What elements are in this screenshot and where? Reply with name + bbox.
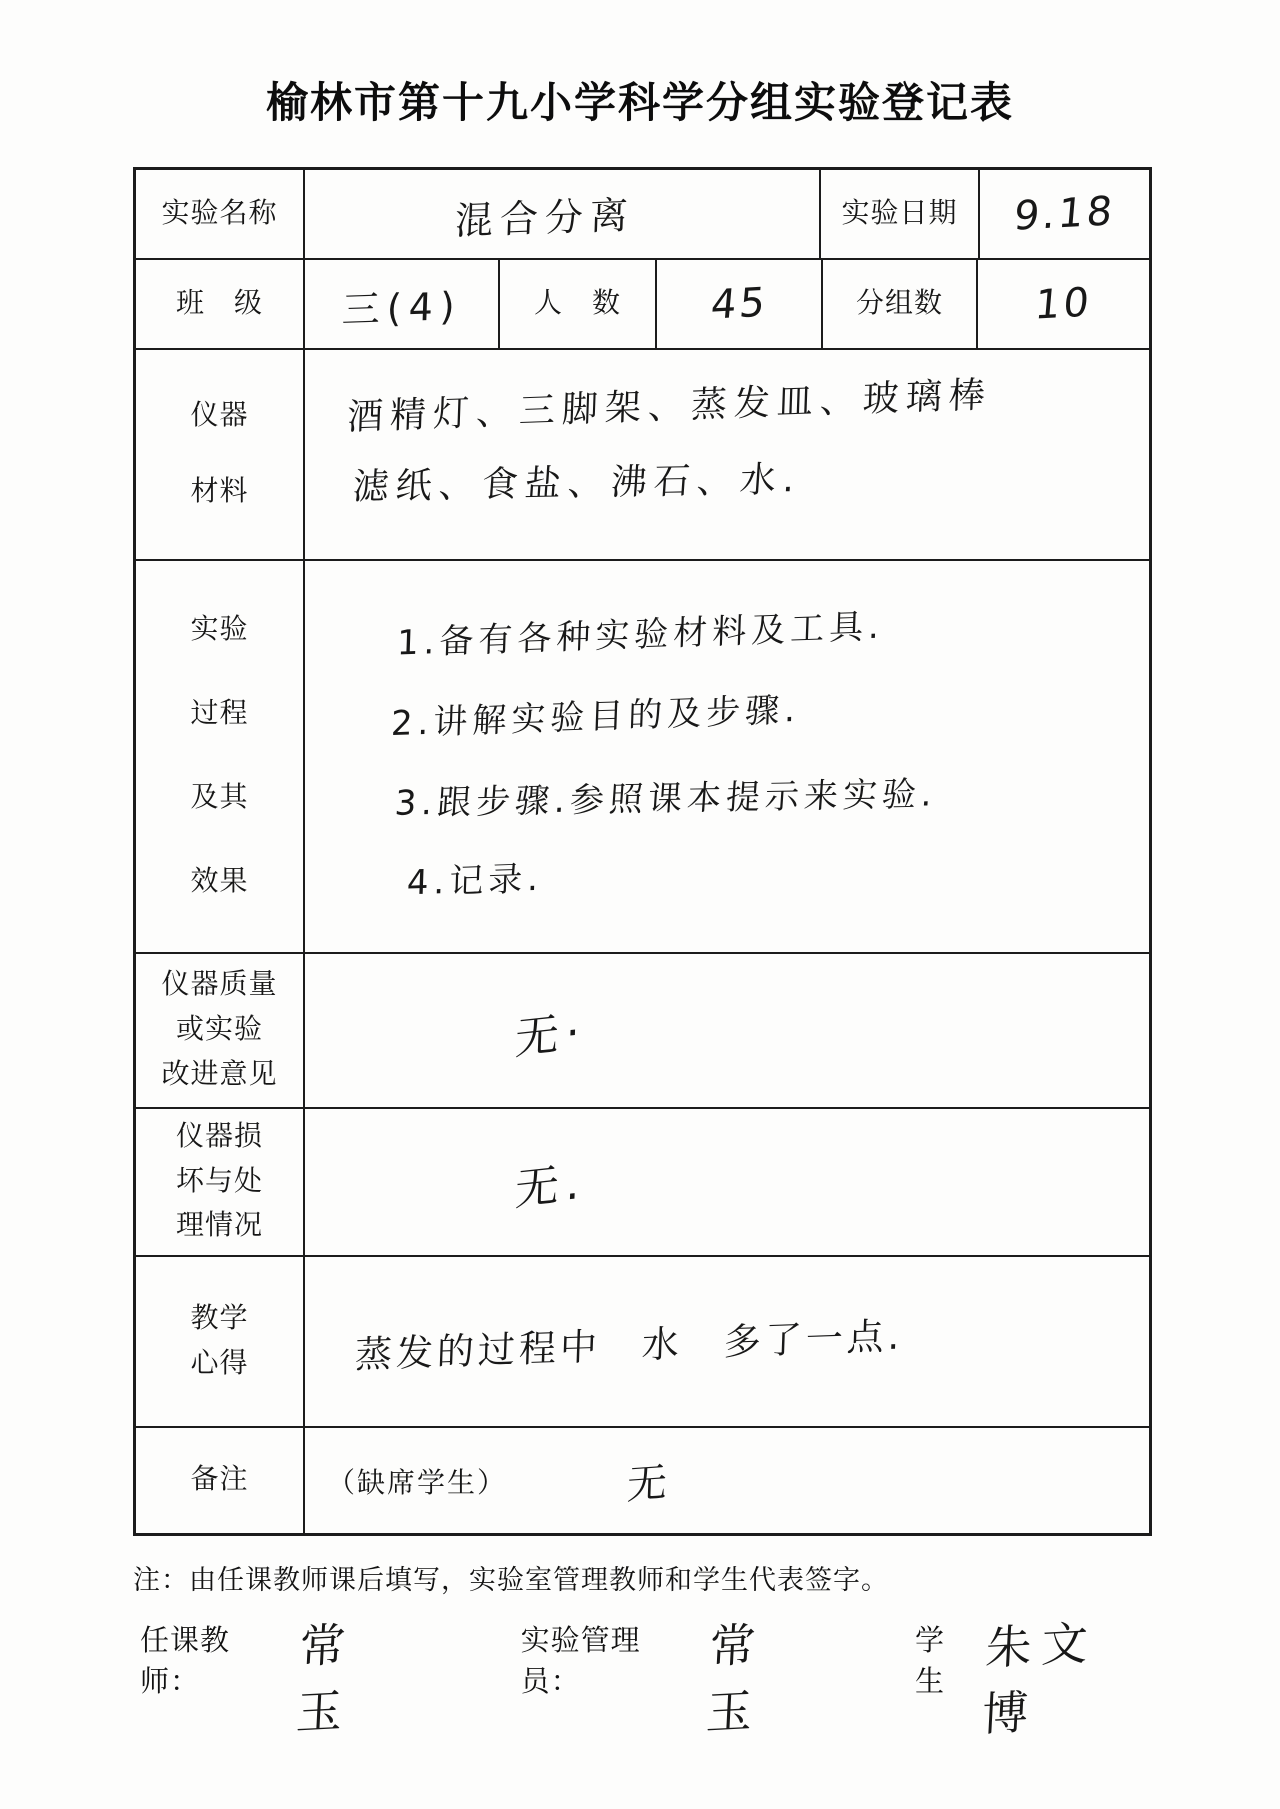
headcount-handwriting: 45 — [709, 279, 770, 328]
groups-label: 分组数 — [821, 260, 976, 348]
equipment-materials-value-cell: 酒精灯、三脚架、蒸发皿、玻璃棒 滤纸、食盐、沸石、水. — [303, 350, 1149, 559]
page-title: 榆林市第十九小学科学分组实验登记表 — [0, 70, 1280, 130]
student-signature-group: 学生 朱文博 — [915, 1608, 1150, 1740]
insight-label-line2: 心得 — [190, 1342, 248, 1387]
damage-label-line1: 仪器损 — [176, 1115, 263, 1160]
equipment-materials-label: 仪器 材料 — [136, 350, 303, 559]
row-remarks: 备注 （缺席学生） 无 — [136, 1426, 1149, 1533]
class-handwriting: 三(4) — [341, 274, 463, 333]
teaching-insight-label: 教学 心得 — [136, 1257, 303, 1426]
manager-signature-handwriting: 常玉 — [705, 1605, 822, 1743]
quality-label-line2: 或实验 — [176, 1008, 263, 1053]
process-label-line2: 过程 — [190, 692, 248, 737]
process-label-line1: 实验 — [190, 608, 248, 653]
damage-handling-value-cell: 无. — [303, 1109, 1149, 1255]
manager-signature-group: 实验管理员： 常玉 — [521, 1608, 819, 1740]
experiment-date-value-cell: 9.18 — [978, 170, 1149, 258]
teacher-signature-handwriting: 常玉 — [295, 1605, 412, 1743]
process-step-4: 4.记录. — [406, 850, 544, 904]
quality-suggestions-value-cell: 无· — [303, 954, 1149, 1107]
damage-label-line3: 理情况 — [176, 1204, 263, 1249]
process-step-1: 1.备有各种实验材料及工具. — [396, 599, 885, 665]
class-label: 班 级 — [136, 260, 303, 348]
equipment-label-line2: 材料 — [190, 470, 248, 515]
headcount-value-cell: 45 — [655, 260, 821, 348]
experiment-registration-table: 实验名称 混合分离 实验日期 9.18 班 级 三(4) 人 数 45 分组数 … — [133, 167, 1152, 1536]
class-value-cell: 三(4) — [303, 260, 498, 348]
materials-handwriting-line2: 滤纸、食盐、沸石、水. — [351, 451, 803, 510]
footer-note: 注：由任课教师课后填写，实验室管理教师和学生代表签字。 — [133, 1558, 889, 1597]
student-signature-handwriting: 朱文博 — [981, 1603, 1154, 1744]
experiment-process-value-cell: 1.备有各种实验材料及工具. 2.讲解实验目的及步骤. 3.跟步骤.参照课本提示… — [303, 561, 1149, 952]
absent-students-printed-label: （缺席学生） — [327, 1461, 507, 1501]
quality-suggestions-label: 仪器质量 或实验 改进意见 — [136, 954, 303, 1107]
row-teaching-insight: 教学 心得 蒸发的过程中 水 多了一点. — [136, 1255, 1149, 1426]
experiment-date-handwriting: 9.18 — [1012, 188, 1117, 240]
teacher-signature-group: 任课教师： 常玉 — [140, 1608, 409, 1740]
teaching-insight-value-cell: 蒸发的过程中 水 多了一点. — [303, 1257, 1149, 1426]
row-quality-suggestions: 仪器质量 或实验 改进意见 无· — [136, 952, 1149, 1107]
row-experiment-name: 实验名称 混合分离 实验日期 9.18 — [136, 170, 1149, 258]
process-step-3: 3.跟步骤.参照课本提示来实验. — [393, 766, 938, 825]
remarks-none-handwriting: 无 — [626, 1450, 675, 1511]
groups-value-cell: 10 — [976, 260, 1149, 348]
damage-none-handwriting: 无. — [514, 1146, 588, 1218]
quality-label-line3: 改进意见 — [161, 1053, 277, 1098]
row-experiment-process: 实验 过程 及其 效果 1.备有各种实验材料及工具. 2.讲解实验目的及步骤. … — [136, 559, 1149, 952]
signature-row: 任课教师： 常玉 实验管理员： 常玉 学生 朱文博 — [140, 1608, 1150, 1740]
remarks-label: 备注 — [136, 1428, 303, 1533]
process-label-line4: 效果 — [190, 860, 248, 905]
quality-label-line1: 仪器质量 — [161, 963, 277, 1008]
student-signature-label: 学生 — [915, 1608, 974, 1700]
experiment-date-label: 实验日期 — [819, 170, 978, 258]
experiment-process-label: 实验 过程 及其 效果 — [136, 561, 303, 952]
headcount-label: 人 数 — [498, 260, 655, 348]
materials-handwriting-line1: 酒精灯、三脚架、蒸发皿、玻璃棒 — [346, 367, 992, 441]
experiment-name-value-cell: 混合分离 — [303, 170, 819, 258]
row-class-info: 班 级 三(4) 人 数 45 分组数 10 — [136, 258, 1149, 348]
insight-label-line1: 教学 — [190, 1297, 248, 1342]
insight-handwriting: 蒸发的过程中 水 多了一点. — [354, 1305, 904, 1378]
remarks-value-cell: （缺席学生） 无 — [303, 1428, 1149, 1533]
row-equipment-materials: 仪器 材料 酒精灯、三脚架、蒸发皿、玻璃棒 滤纸、食盐、沸石、水. — [136, 348, 1149, 559]
quality-none-handwriting: 无· — [514, 994, 588, 1066]
groups-handwriting: 10 — [1033, 279, 1094, 328]
experiment-name-label: 实验名称 — [136, 170, 303, 258]
damage-handling-label: 仪器损 坏与处 理情况 — [136, 1109, 303, 1255]
damage-label-line2: 坏与处 — [176, 1160, 263, 1205]
teacher-signature-label: 任课教师： — [140, 1608, 288, 1700]
manager-signature-label: 实验管理员： — [521, 1608, 699, 1700]
experiment-name-handwriting: 混合分离 — [454, 183, 636, 244]
process-label-line3: 及其 — [190, 776, 248, 821]
row-damage-handling: 仪器损 坏与处 理情况 无. — [136, 1107, 1149, 1255]
equipment-label-line1: 仪器 — [190, 394, 248, 439]
process-step-2: 2.讲解实验目的及步骤. — [390, 682, 801, 745]
